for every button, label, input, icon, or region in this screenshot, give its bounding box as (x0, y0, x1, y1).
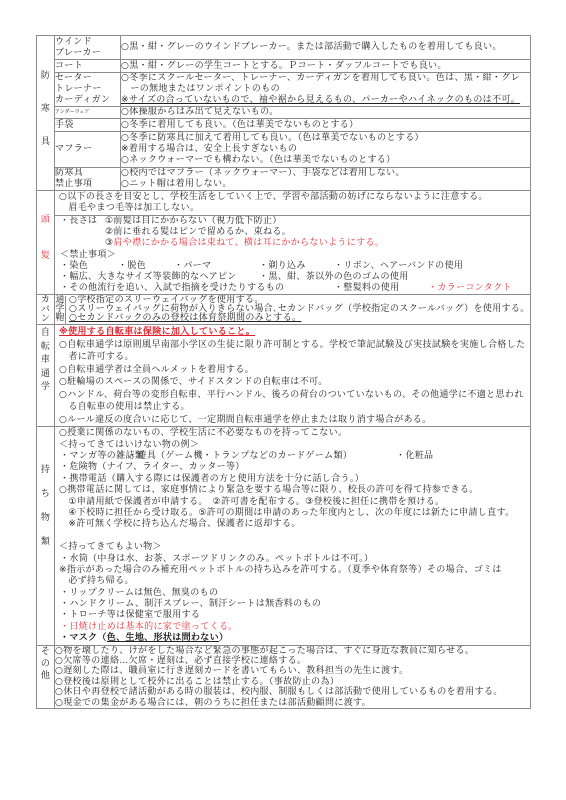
row-windbreaker: 防 寒 具 ウインド ブレーカー ○黒・紺・グレーのウインドブレーカー。または部… (37, 36, 531, 60)
row-other: そ の 他 ○物を壊したり、けがをした場合など緊急の事態が起こった場合は、すぐに… (37, 645, 531, 708)
category-char: ン (41, 315, 50, 324)
length-rule-3: ③肩や襟にかかる場合は束ねて、横は耳にかからないようにする。 (105, 238, 384, 249)
allowed-item: 必ず持ち帰る。 (59, 576, 134, 587)
length-rule: ①前髪は目にかからない（視力低下防止） (105, 216, 282, 227)
label-line: マフラー (55, 144, 120, 155)
label-line: セーター (55, 73, 120, 84)
rule-line: ○ネックウォーマーでも構わない。（色は華美でないものとする） (121, 155, 530, 166)
hair-length-line-2: ②前に垂れる髪はピンで留めるか、束ねる。 (55, 227, 530, 238)
prohibited-item: ・携帯電話（購入する際には保護者の方と使用方法を十分に話し合う。） (60, 474, 364, 485)
phone-rule: ※許可無く学校に持ち込んだ場合、保護者に返却する。 (59, 519, 301, 530)
rule-line: ○授業に関係のないもの、学校生活に不必要なものを持ってこない。 (59, 428, 347, 439)
rule-cold-gear-prohibited: ○校内ではマフラー（ネックウォーマー）、手袋などは着用しない。 ○ニット帽は着用… (121, 168, 531, 191)
rule-line-underlined: ○セカンドバックのみの登校は体育祭期間のみとする。 (69, 314, 530, 323)
page: 防 寒 具 ウインド ブレーカー ○黒・紺・グレーのウインドブレーカー。または部… (0, 0, 566, 800)
sub-label-school-bag: 通 学 鞄 (55, 296, 66, 324)
row-belongings: 持 ち 物 類 ○授業に関係のないもの、学校生活に不必要なものを持ってこない。 … (37, 427, 531, 645)
prohibited-item: ・遊具（ゲーム機・トランプなどのカードゲーム類） (128, 451, 352, 462)
rule-line: ○休日や再登校で諸活動がある時の服装は、校内服、制服もしくは部活動で使用している… (55, 687, 530, 697)
category-char: 自 (41, 327, 50, 341)
item-label-cold-gear-prohibited: 防寒具 禁止事項 (55, 168, 121, 191)
mask-underlined: 色、生地、形状は問わない (107, 633, 219, 643)
row-hair-rules: ・長さは ①前髪は目にかからない（視力低下防止） ②前に垂れる髪はピンで留めるか… (37, 216, 531, 295)
rule-line: 眉毛やまつ毛等は加工しない。 (59, 203, 530, 215)
school-rules-table: 防 寒 具 ウインド ブレーカー ○黒・紺・グレーのウインドブレーカー。または部… (36, 35, 531, 709)
prohibited-item: ・化粧品 (396, 451, 433, 462)
banned-heading-line: ＜禁止事項＞ (55, 250, 530, 261)
rule-line: ーの無地またはワンポイントのもの (121, 84, 530, 95)
category-char: 防 (41, 71, 50, 81)
label-line: カーディガン (55, 95, 120, 106)
hair-length-line-1: ・長さは ①前髪は目にかからない（視力低下防止） (55, 216, 530, 227)
rule-other: ○物を壊したり、けがをした場合など緊急の事態が起こった場合は、すぐに身近な教員に… (55, 645, 531, 708)
category-char: 髪 (41, 251, 50, 261)
banned-item: ・脱色 (118, 261, 146, 272)
sunscreen-line: ・日焼け止めは基本的に家で塗ってくる。 (55, 622, 530, 633)
rule-line: ○自転車通学は原則風早南部小学区の生徒に限り許可制とする。学校で筆記試験及び実技… (59, 339, 530, 352)
category-other: そ の 他 (37, 645, 55, 708)
phone-rule: ○携帯電話に関しては、家庭事情により緊急を要する場合等に限り、校長の許可を得て持… (59, 485, 479, 496)
allowed-item: ※指示があった場合のみ補充用ペットボトルの持ち込みを許可する。（夏季や体育祭等）… (59, 565, 502, 576)
category-char: 寒 (41, 104, 50, 114)
rule-line: ○黒・紺・グレーの学生コートとする。Ｐコート・ダッフルコートでも良い。 (121, 61, 530, 72)
row-underwear: アンダーウェア ○体操服からはみ出て見えないもの。 (37, 107, 531, 119)
label-line: トレーナー (55, 84, 120, 95)
category-char: 転 (41, 341, 50, 355)
rule-line: ○冬季に着用しても良い。（色は華美でないものとする） (121, 120, 530, 131)
label-line: 防寒具 (55, 168, 120, 179)
rule-line: ○物を壊したり、けがをした場合など緊急の事態が起こった場合は、すぐに身近な教員に… (55, 646, 530, 656)
length-rule: ②前に垂れる髪はピンで留めるか、束ねる。 (105, 227, 291, 238)
banned-item: ・リボン、ヘアーバンドの使用 (334, 261, 463, 272)
rule-hair-details: ・長さは ①前髪は目にかからない（視力低下防止） ②前に垂れる髪はピンで留めるか… (55, 216, 531, 295)
belongings-intro-line: ○授業に関係のないもの、学校生活に不必要なものを持ってこない。 (55, 428, 530, 439)
category-bicycle: 自 転 車 通 学 (37, 325, 55, 427)
rule-line: ○ニット帽は着用しない。 (121, 179, 530, 190)
item-label-underwear: アンダーウェア (55, 107, 121, 119)
rule-line: る自転車の使用は禁止する。 (59, 401, 530, 414)
prohibited-line: ・携帯電話（購入する際には保護者の方と使用方法を十分に話し合う。） (55, 474, 530, 485)
rule-line: ○欠席等の連絡…欠席・遅刻は、必ず直接学校に連絡する。 (55, 656, 530, 666)
category-char: 持 (41, 465, 50, 475)
rule-line: ※着用する場合は、安全上長すぎないもの (121, 144, 530, 155)
phone-rule-line: ○携帯電話に関しては、家庭事情により緊急を要する場合等に限り、校長の許可を得て持… (55, 485, 530, 496)
label-line: コート (55, 61, 120, 72)
allowed-item: ・リップクリームは無色、無臭のもの (60, 588, 218, 599)
category-belongings: 持 ち 物 類 (37, 427, 55, 645)
row-bag: カ バ ン 通 学 鞄 ○学校指定のスリーウェイバッグを使用する。 ○スリーウェ… (37, 295, 531, 325)
banned-heading: ＜禁止事項＞ (60, 250, 116, 261)
mask-prefix: ・マスク（ (60, 633, 107, 643)
allowed-item: ・水筒（中身は水、お茶、スポーツドリンクのみ。ペットボトルは不可。） (60, 554, 373, 565)
rule-bicycle: ※使用する自転車は保険に加入していること。 ○自転車通学は原則風早南部小学区の生… (55, 325, 531, 427)
prohibited-line-1: ・マンガ等の雑誌類 ・遊具（ゲーム機・トランプなどのカードゲーム類） ・化粧品 (55, 451, 530, 462)
banned-item-red: ・カラーコンタクト (428, 283, 512, 294)
rule-line: ○校内ではマフラー（ネックウォーマー）、手袋などは着用しない。 (121, 168, 530, 179)
allowed-heading-line: ＜持ってきてもよい物＞ (55, 542, 530, 553)
rule-windbreaker: ○黒・紺・グレーのウインドブレーカー。または部活動で購入したものを着用しても良い… (121, 36, 531, 60)
length-label: ・長さは (60, 216, 97, 227)
prohibited-item: ・危険物（ナイフ、ライター、カッター等） (60, 462, 245, 473)
row-bicycle: 自 転 車 通 学 ※使用する自転車は保険に加入していること。 ○自転車通学は原… (37, 325, 531, 427)
label-line: 手袋 (55, 120, 120, 131)
label-line: 禁止事項 (55, 179, 120, 190)
rule-line: ○以下の長さを目安とし、学校生活をしていく上で、学習や部活動の妨げにならないよう… (59, 192, 530, 204)
phone-rule-line: ①申請用紙で保護者が申請する。 ②許可書を配布する。③登校後に担任に携帯を預ける… (55, 497, 530, 508)
item-label-gloves: 手袋 (55, 119, 121, 132)
blank-line (55, 531, 530, 542)
banned-item: ・黒、紺、茶以外の色のゴムの使用 (259, 272, 409, 283)
rule-muffler: ○冬季に防寒具に加えて着用しても良い。（色は華美でないものとする） ※着用する場… (121, 132, 531, 168)
row-coat: コート ○黒・紺・グレーの学生コートとする。Ｐコート・ダッフルコートでも良い。 (37, 60, 531, 73)
category-char: の (41, 658, 50, 670)
item-label-coat: コート (55, 60, 121, 73)
mask-line: ・マスク（色、生地、形状は問わない） (55, 633, 530, 644)
rule-line: ○冬季に防寒具に加えて着用しても良い。（色は華美でないものとする） (121, 133, 530, 144)
bag-rules: ○学校指定のスリーウェイバッグを使用する。 ○スリーウェイバッグに荷物が入りきら… (66, 296, 530, 324)
bag-wrap: 通 学 鞄 ○学校指定のスリーウェイバッグを使用する。 ○スリーウェイバッグに荷… (55, 296, 530, 324)
category-char: 他 (41, 670, 50, 682)
allowed-item: ・ハンドクリーム、制汗スプレー、制汗シートは無香料のもの (60, 599, 321, 610)
category-hair: 頭 髪 (37, 191, 55, 295)
banned-item: ・その他流行を追い、入試で指摘を受けたりするもの (60, 283, 284, 294)
rule-line: ○遅刻した際は、職員室に行き遅刻カードを書いてもらい、教科担当の先生に渡す。 (55, 666, 530, 676)
phone-rule: ④下校時に担任から受け取る。⑤許可の期間は申請のあった年度内とし、次の年度には新… (59, 508, 514, 519)
allowed-line: ・トローチ等は保健室で服用する (55, 610, 530, 621)
rule-text-red: 肩や襟にかかる場合は束ねて、横は耳にかからないようにする。 (113, 238, 384, 248)
rule-line: ○自転車通学者は全員ヘルメットを着用する。 (59, 364, 530, 377)
row-gloves: 手袋 ○冬季に着用しても良い。（色は華美でないものとする） (37, 119, 531, 132)
banned-line-3: ・その他流行を追い、入試で指摘を受けたりするもの ・整髪料の使用 ・カラーコンタ… (55, 283, 530, 294)
banned-item: ・パーマ (174, 261, 211, 272)
category-cold-gear: 防 寒 具 (37, 36, 55, 191)
rule-line: ○冬季にスクールセーター、トレーナー、カーディガンを着用しても良い。色は、黒・紺… (121, 73, 530, 84)
rule-line: 者に許可する。 (59, 351, 530, 364)
row-hair-intro: 頭 髪 ○以下の長さを目安とし、学校生活をしていく上で、学習や部活動の妨げになら… (37, 191, 531, 216)
item-label-muffler: マフラー (55, 132, 121, 168)
phone-rule-line: ※許可無く学校に持ち込んだ場合、保護者に返却する。 (55, 519, 530, 530)
insurance-warning: ※使用する自転車は保険に加入していること。 (59, 326, 530, 339)
phone-rule-line: ④下校時に担任から受け取る。⑤許可の期間は申請のあった年度内とし、次の年度には新… (55, 508, 530, 519)
banned-line-1: ・染色 ・脱色 ・パーマ ・剃り込み ・リボン、ヘアーバンドの使用 (55, 261, 530, 272)
row-cold-gear-prohibited: 防寒具 禁止事項 ○校内ではマフラー（ネックウォーマー）、手袋などは着用しない。… (37, 168, 531, 191)
allowed-line: ・リップクリームは無色、無臭のもの (55, 588, 530, 599)
prohibited-line: ・危険物（ナイフ、ライター、カッター等） (55, 462, 530, 473)
category-bag: カ バ ン (37, 295, 55, 325)
category-char: 頭 (41, 215, 50, 225)
mask-rule: ・マスク（色、生地、形状は問わない） (60, 633, 228, 644)
rule-belongings: ○授業に関係のないもの、学校生活に不必要なものを持ってこない。 ＜持ってきてはい… (55, 427, 531, 645)
rule-line: ○体操服からはみ出て見えないもの。 (121, 107, 530, 118)
allowed-heading: ＜持ってきてもよい物＞ (59, 542, 162, 553)
rule-coat: ○黒・紺・グレーの学生コートとする。Ｐコート・ダッフルコートでも良い。 (121, 60, 531, 73)
category-char: 車 (41, 354, 50, 368)
allowed-line: 必ず持ち帰る。 (55, 576, 530, 587)
label-line: ウインド (55, 37, 120, 48)
rule-underwear: ○体操服からはみ出て見えないもの。 (121, 107, 531, 119)
rule-line: ○現金での集金がある場合には、朝のうちに担任または部活動顧問に渡す。 (55, 698, 530, 708)
phone-rule: ①申請用紙で保護者が申請する。 ②許可書を配布する。③登校後に担任に携帯を預ける… (59, 497, 444, 508)
banned-item: ・幅広、大きなサイズ等装飾的なヘアピン (60, 272, 237, 283)
banned-item: ・整髪料の使用 (334, 283, 399, 294)
category-char: 学 (41, 381, 50, 395)
label-line: アンダーウェア (55, 107, 120, 118)
banned-item: ・染色 (60, 261, 88, 272)
rule-sweater: ○冬季にスクールセーター、トレーナー、カーディガンを着用しても良い。色は、黒・紺… (121, 73, 531, 107)
rule-line: ○ハンドル、荷台等の変形自転車、平行ハンドル、後ろの荷台のついていないもの、その… (59, 389, 530, 402)
allowed-line: ・ハンドクリーム、制汗スプレー、制汗シートは無香料のもの (55, 599, 530, 610)
prohibited-heading: ＜持ってきてはいけない物の例＞ (59, 440, 199, 451)
sub-label-char: 鞄 (55, 314, 64, 323)
allowed-item: ・トローチ等は保健室で服用する (60, 610, 200, 621)
category-char: 物 (41, 513, 50, 523)
label-line: ブレーカー (55, 48, 120, 59)
row-muffler: マフラー ○冬季に防寒具に加えて着用しても良い。（色は華美でないものとする） ※… (37, 132, 531, 168)
rule-line: ○ルール違反の度合いに応じて、一定期間自転車通学を停止または取り消す場合がある。 (59, 414, 530, 427)
banned-line-2: ・幅広、大きなサイズ等装飾的なヘアピン ・黒、紺、茶以外の色のゴムの使用 (55, 272, 530, 283)
rule-hair-intro: ○以下の長さを目安とし、学校生活をしていく上で、学習や部活動の妨げにならないよう… (55, 191, 531, 216)
rule-line: ○登校後は原則として校外に出ることは禁止する。（事故防止の為） (55, 677, 530, 687)
sunscreen-rule-red: ・日焼け止めは基本的に家で塗ってくる。 (60, 622, 238, 633)
item-label-windbreaker: ウインド ブレーカー (55, 36, 121, 60)
category-char: 類 (41, 537, 50, 547)
mask-suffix: ） (219, 633, 228, 643)
category-char: ち (41, 489, 50, 499)
rule-gloves: ○冬季に着用しても良い。（色は華美でないものとする） (121, 119, 531, 132)
category-char: 通 (41, 368, 50, 382)
rule-bag: 通 学 鞄 ○学校指定のスリーウェイバッグを使用する。 ○スリーウェイバッグに荷… (55, 295, 531, 325)
item-label-sweater: セーター トレーナー カーディガン (55, 73, 121, 107)
hair-length-line-3: ③肩や襟にかかる場合は束ねて、横は耳にかからないようにする。 (55, 238, 530, 249)
banned-item: ・剃り込み (259, 261, 306, 272)
rule-line: ○駐輪場のスペースの関係で、サイドスタンドの自転車は不可。 (59, 376, 530, 389)
prohibited-heading-line: ＜持ってきてはいけない物の例＞ (55, 440, 530, 451)
allowed-line: ※指示があった場合のみ補充用ペットボトルの持ち込みを許可する。（夏季や体育祭等）… (55, 565, 530, 576)
category-char: そ (41, 646, 50, 658)
allowed-line: ・水筒（中身は水、お茶、スポーツドリンクのみ。ペットボトルは不可。） (55, 554, 530, 565)
rule-line-underlined: ※サイズの合っていないもので、袖や裾から見えるもの、パーカーやハイネックのものは… (121, 95, 530, 106)
row-sweater: セーター トレーナー カーディガン ○冬季にスクールセーター、トレーナー、カーデ… (37, 73, 531, 107)
category-char: 具 (41, 137, 50, 147)
rule-line: ○黒・紺・グレーのウインドブレーカー。または部活動で購入したものを着用しても良い… (121, 42, 530, 53)
